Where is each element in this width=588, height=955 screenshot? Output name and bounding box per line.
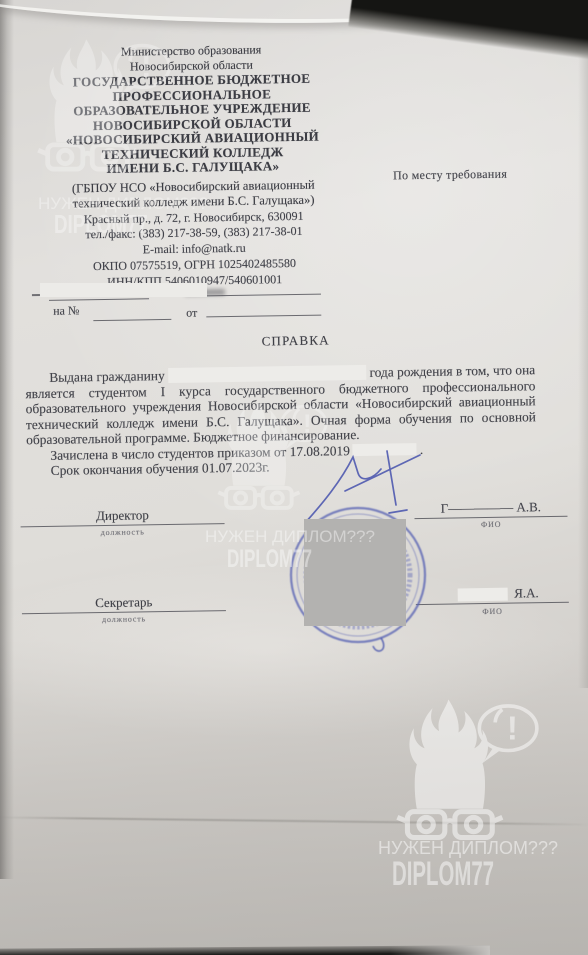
secretary-name: Я.А.: [514, 585, 539, 601]
ref-underline: [206, 315, 321, 318]
certificate-document: Министерство образования Новосибирской о…: [0, 0, 588, 955]
document-title: СПРАВКА: [201, 331, 391, 350]
body-text: Выдана гражданину года рождения в том, ч…: [25, 362, 537, 478]
stray-mark: [32, 294, 40, 296]
secretary-position-label: Секретарь: [22, 593, 226, 612]
destination-label: По месту требования: [393, 167, 507, 184]
ref-underline: [93, 319, 171, 321]
name-caption: ФИО: [416, 606, 569, 617]
position-caption: должность: [22, 613, 226, 625]
ref-date-label: от: [186, 306, 197, 321]
redaction-box: [458, 587, 508, 601]
redaction-box: [40, 283, 207, 297]
ref-underline: [49, 298, 149, 301]
letterhead: Министерство образования Новосибирской о…: [0, 40, 391, 292]
ref-number-label: на №: [53, 303, 79, 318]
redaction-box-gray: [304, 519, 406, 626]
body-line-start: Выдана гражданину: [25, 368, 165, 386]
secretary-name-row: Я.А.: [416, 585, 569, 603]
document-photo: ! Министерство образования Новосибирской…: [0, 0, 588, 955]
director-position-label: Директор: [20, 506, 224, 525]
position-caption: должность: [21, 526, 225, 538]
